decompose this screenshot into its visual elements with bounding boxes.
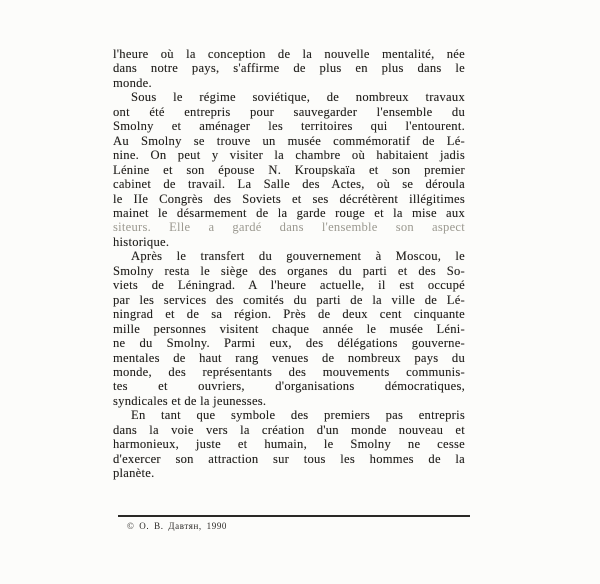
text-line: cabinet de travail. La Salle des Actes, … xyxy=(113,177,465,191)
text-line: Lénine et son épouse N. Kroupskaïa et so… xyxy=(113,163,465,177)
text-line: ont été entrepris pour sauvegarder l'ens… xyxy=(113,105,465,119)
text-line: monde, des représentants des mouvements … xyxy=(113,365,465,379)
text-line: mentales de haut rang venues de nombreux… xyxy=(113,351,465,365)
text-line: viets de Léningrad. A l'heure actuelle, … xyxy=(113,278,465,292)
text-line: tes et ouvriers, d'organisations démocra… xyxy=(113,379,465,393)
footer-rule xyxy=(118,515,470,517)
text-line: ne du Smolny. Parmi eux, des délégations… xyxy=(113,336,465,350)
text-line: syndicales et de la jeunesses. xyxy=(113,394,465,408)
text-line: En tant que symbole des premiers pas ent… xyxy=(113,408,465,422)
text-line: planète. xyxy=(113,466,465,480)
text-line: monde. xyxy=(113,76,465,90)
text-line: Sous le régime soviétique, de nombreux t… xyxy=(113,90,465,104)
text-line: dans notre pays, s'affirme de plus en pl… xyxy=(113,61,465,75)
text-line: siteurs. Elle a gardé dans l'ensemble so… xyxy=(113,220,465,234)
text-line: Au Smolny se trouve un musée commémorati… xyxy=(113,134,465,148)
text-line: nine. On peut y visiter la chambre où ha… xyxy=(113,148,465,162)
text-line: Smolny resta le siège des organes du par… xyxy=(113,264,465,278)
text-line: par les services des comités du parti de… xyxy=(113,293,465,307)
text-line: mainet le désarmement de la garde rouge … xyxy=(113,206,465,220)
body-text: l'heure où la conception de la nouvelle … xyxy=(113,47,465,481)
scanned-book-page: l'heure où la conception de la nouvelle … xyxy=(0,0,600,584)
text-line: d'exercer son attraction sur tous les ho… xyxy=(113,452,465,466)
text-line: le IIe Congrès des Soviets et ses décrét… xyxy=(113,192,465,206)
text-line: ningrad et de sa région. Près de deux ce… xyxy=(113,307,465,321)
copyright-notice: © О. В. Давтян, 1990 xyxy=(127,521,227,531)
text-line: dans la voie vers la création d'un monde… xyxy=(113,423,465,437)
text-line: Après le transfert du gouvernement à Mos… xyxy=(113,249,465,263)
text-line: Smolny et aménager les territoires qui l… xyxy=(113,119,465,133)
text-line: l'heure où la conception de la nouvelle … xyxy=(113,47,465,61)
text-line: historique. xyxy=(113,235,465,249)
text-line: mille personnes visitent chaque année le… xyxy=(113,322,465,336)
text-line: harmonieux, juste et humain, le Smolny n… xyxy=(113,437,465,451)
